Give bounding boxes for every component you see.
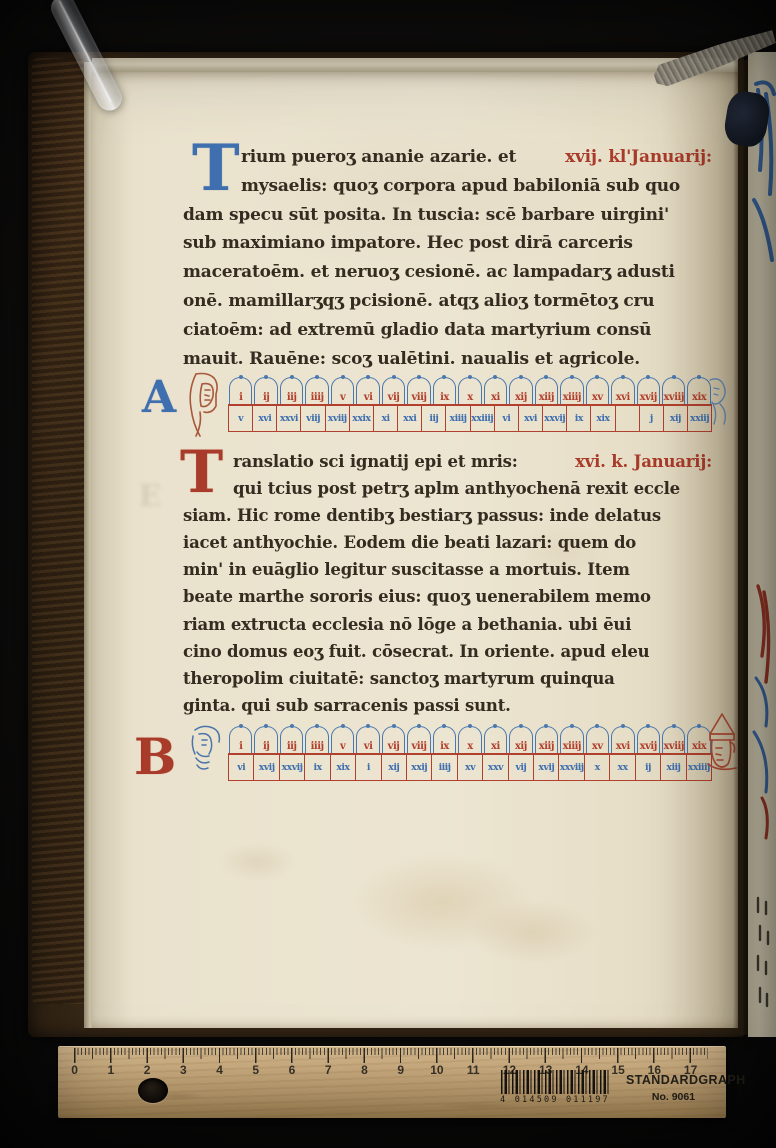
numeral-table-b: iijiijiiijvvivijviijixxxixijxiijxiiijxvx… <box>228 726 712 781</box>
numeral-table-a: iijiijiiijvvivijviijixxxixijxiijxiiijxvx… <box>228 377 712 432</box>
barcode-bars <box>501 1070 609 1094</box>
ruler-brand-block: STANDARDGRAPH No. 9061 <box>626 1073 721 1103</box>
epact-cell: xv <box>457 755 482 780</box>
golden-number-cell: xij <box>509 726 532 753</box>
epact-cell: xvij <box>533 755 558 780</box>
golden-number-cell: xiiij <box>560 377 583 404</box>
golden-number-cell: v <box>331 726 354 753</box>
golden-number-cell: iiij <box>305 377 328 404</box>
wooden-ruler: 01234567891011121314151617 4 014509 0111… <box>58 1046 726 1118</box>
golden-number-cell: xviij <box>662 726 685 753</box>
epact-cell: i <box>355 755 380 780</box>
golden-number-cell: v <box>331 377 354 404</box>
epact-cell: xvi <box>252 406 276 431</box>
ruler-number: 9 <box>394 1063 408 1077</box>
barcode: 4 014509 011197 <box>495 1070 615 1104</box>
text-line: onē. mamillarʒqʒ pcisionē. atqʒ alioʒ to… <box>183 287 712 316</box>
ruler-number: 7 <box>321 1063 335 1077</box>
epact-cell: vij <box>508 755 533 780</box>
bearded-face-drawing <box>189 724 225 786</box>
ruler-number: 3 <box>176 1063 190 1077</box>
epact-cell: xix <box>330 755 355 780</box>
text-line: theropolim ciuitatē: sanctoʒ martyrum qu… <box>183 665 712 692</box>
text-line: sub maximiano impatore. Hec post dirā ca… <box>183 229 712 258</box>
golden-number-cell: viij <box>407 377 430 404</box>
text-line: dam specu sūt posita. In tuscia: scē bar… <box>183 201 712 230</box>
ruler-model: No. 9061 <box>626 1091 721 1103</box>
golden-number-cell: xvij <box>637 377 660 404</box>
facing-page-text-specks <box>748 892 776 1032</box>
golden-number-cell: vi <box>356 377 379 404</box>
text-line: mauit. Rauēne: scoʒ ualētini. naualis et… <box>183 345 712 374</box>
epact-cell: xviij <box>325 406 349 431</box>
ruler-number: 6 <box>285 1063 299 1077</box>
text-line: riam extructa ecclesia nō lōge a bethani… <box>183 611 712 638</box>
epact-cell: x <box>584 755 609 780</box>
epact-cell: xxviij <box>558 755 583 780</box>
golden-number-cell: i <box>229 726 252 753</box>
golden-number-cell: xvij <box>637 726 660 753</box>
epact-cell: xxix <box>349 406 373 431</box>
epact-cell: ix <box>566 406 590 431</box>
photo-scene: E T rium pueroʒ ananie azarie. et xvij. … <box>0 0 776 1148</box>
text-line: siam. Hic rome dentibʒ bestiarʒ passus: … <box>183 502 712 529</box>
golden-number-cell: vij <box>382 726 405 753</box>
epact-cell: xxij <box>406 755 431 780</box>
golden-number-cell: ij <box>254 726 277 753</box>
golden-number-cell: xiiij <box>560 726 583 753</box>
margin-initial-B: B <box>134 734 176 779</box>
golden-number-cell: xv <box>586 726 609 753</box>
golden-number-cell: vi <box>356 726 379 753</box>
entry-children-of-babylon: rium pueroʒ ananie azarie. et xvij. kl'J… <box>183 143 712 373</box>
golden-number-cell: xi <box>484 377 507 404</box>
calendar-rubric: xvij. kl'Januarij: <box>565 143 712 172</box>
epact-cell: ix <box>304 755 329 780</box>
entry-translatio-ignatii: ranslatio sci ignatij epi et mris: xvi. … <box>183 448 712 719</box>
text-line: mysaelis: quoʒ corpora apud babiloniā su… <box>183 172 712 201</box>
text-line: qui tcius post petrʒ aplm anthyochenā re… <box>183 475 712 502</box>
epact-cell: xxvij <box>542 406 566 431</box>
golden-number-cell: x <box>458 726 481 753</box>
ruler-tick-scale <box>74 1048 708 1064</box>
golden-number-cell: ix <box>433 726 456 753</box>
ruler-number: 0 <box>68 1063 82 1077</box>
text-line: maceratoēm. et neruoʒ cesionē. ac lampad… <box>183 258 712 287</box>
sketch-face-drawing <box>704 376 732 432</box>
epact-cell: iiij <box>431 755 456 780</box>
epact-cell: v <box>229 406 252 431</box>
woman-face-drawing <box>186 372 226 442</box>
text-line: iacet anthyochie. Eodem die beati lazari… <box>183 529 712 556</box>
epact-cell: xxvij <box>279 755 304 780</box>
epact-cell: xvi <box>518 406 542 431</box>
epact-cell: vi <box>494 406 518 431</box>
epact-cell: xiiij <box>445 406 469 431</box>
golden-number-cell: viij <box>407 726 430 753</box>
epact-cell: xvij <box>253 755 278 780</box>
line-text: ranslatio sci ignatij epi et mris: <box>233 448 518 475</box>
golden-number-cell: xvi <box>611 726 634 753</box>
margin-initial-A: A <box>142 378 176 418</box>
text-line: rium pueroʒ ananie azarie. et xvij. kl'J… <box>183 143 712 172</box>
epact-cell <box>615 406 639 431</box>
text-line: min' in euāglio legitur suscitasse a mor… <box>183 556 712 583</box>
golden-number-cell: xiij <box>535 726 558 753</box>
epact-cell: xxvi <box>276 406 300 431</box>
show-through-text: E <box>120 467 180 647</box>
line-text: rium pueroʒ ananie azarie. et <box>241 143 516 172</box>
epact-cell: ij <box>635 755 660 780</box>
text-line: ciatoēm: ad extremū gladio data martyriu… <box>183 316 712 345</box>
epact-cell: iij <box>421 406 445 431</box>
epact-cell: j <box>639 406 663 431</box>
epact-cell: xij <box>381 755 406 780</box>
calendar-rubric: xvi. k. Januarij: <box>575 448 712 475</box>
golden-number-cell: ix <box>433 377 456 404</box>
gutter-shadow <box>733 60 749 1035</box>
epact-cell: vi <box>229 755 253 780</box>
epact-cell: xiij <box>660 755 685 780</box>
epact-cell: xij <box>663 406 687 431</box>
golden-number-cell: x <box>458 377 481 404</box>
golden-number-cell: vij <box>382 377 405 404</box>
text-line: cino domus eoʒ fuit. cōsecrat. In orient… <box>183 638 712 665</box>
centimeter-ticks <box>74 1048 708 1063</box>
ruler-number: 10 <box>430 1063 444 1077</box>
ruler-number: 5 <box>249 1063 263 1077</box>
golden-number-cell: xvi <box>611 377 634 404</box>
epact-cell: xx <box>609 755 634 780</box>
epact-cell: xi <box>373 406 397 431</box>
golden-number-cell: iij <box>280 377 303 404</box>
golden-number-cell: xviij <box>662 377 685 404</box>
epact-cell: xix <box>590 406 614 431</box>
text-line: ginta. qui sub sarracenis passi sunt. <box>183 692 712 719</box>
ruler-number: 4 <box>213 1063 227 1077</box>
ruler-number: 1 <box>104 1063 118 1077</box>
golden-number-cell: iiij <box>305 726 328 753</box>
text-line: beate marthe sororis eius: quoʒ uenerabi… <box>183 583 712 610</box>
facing-page-sliver <box>748 52 776 1037</box>
golden-number-cell: xv <box>586 377 609 404</box>
ruler-number: 2 <box>140 1063 154 1077</box>
ruler-brand: STANDARDGRAPH <box>626 1073 721 1087</box>
golden-number-cell: iij <box>280 726 303 753</box>
text-line: ranslatio sci ignatij epi et mris: xvi. … <box>183 448 712 475</box>
barcode-digits: 4 014509 011197 <box>495 1095 615 1105</box>
golden-number-cell: xiij <box>535 377 558 404</box>
epact-cell: viij <box>300 406 324 431</box>
ruler-hole <box>138 1078 168 1103</box>
golden-number-cell: xij <box>509 377 532 404</box>
facing-page-red-blue-art <box>748 582 776 842</box>
epact-cell: xxiiij <box>470 406 494 431</box>
epact-cell: xxi <box>397 406 421 431</box>
ruler-number: 8 <box>357 1063 371 1077</box>
golden-number-cell: i <box>229 377 252 404</box>
ruler-number: 11 <box>466 1063 480 1077</box>
golden-number-cell: ij <box>254 377 277 404</box>
manuscript-page: E T rium pueroʒ ananie azarie. et xvij. … <box>92 72 738 1028</box>
golden-number-cell: xi <box>484 726 507 753</box>
epact-cell: xxv <box>482 755 507 780</box>
